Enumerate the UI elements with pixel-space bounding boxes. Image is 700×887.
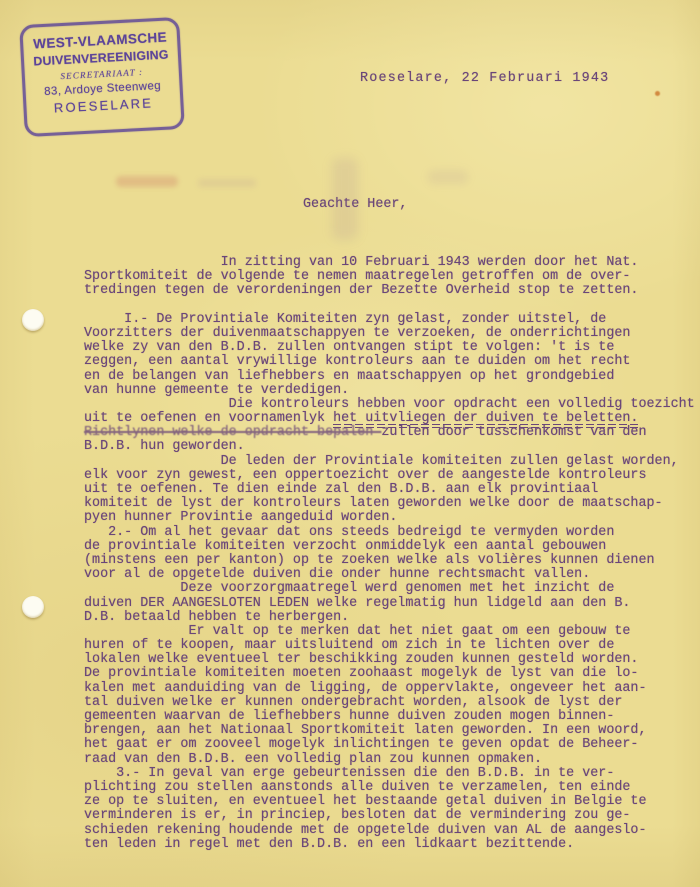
typed-text: brengen, aan het Nationaal Sportkomiteit…	[84, 723, 647, 738]
body-line: Deze voorzorgmaatregel werd genomen met …	[84, 582, 695, 596]
typed-text: duiven DER AANGESLOTEN LEDEN welke regel…	[84, 596, 630, 611]
body-line: raad van den B.D.B. een volledig plan zo…	[84, 753, 695, 767]
typed-text: In zitting van 10 Februari 1943 werden d…	[84, 255, 638, 270]
typed-text: en de belangen van liefhebbers en maatsc…	[84, 369, 614, 384]
body-line: van hunne gemeente te verdedigen.	[84, 384, 695, 398]
faint-ink-smudge	[198, 179, 256, 187]
body-line: tal duiven welke er kunnen ondergebracht…	[84, 696, 695, 710]
body-line: 3.- In geval van erge gebeurtenissen die…	[84, 767, 695, 781]
typed-text: lokalen welke eventueel ter beschikking …	[84, 652, 638, 667]
typed-text: verminderen is er, in princiep, besloten…	[84, 808, 630, 823]
body-line: Voorzitters der duivenmaatschappyen te v…	[84, 327, 695, 341]
typed-text: elk voor zyn gewest, een oppertoezicht o…	[84, 468, 647, 483]
body-line: Die kontroleurs hebben voor opdracht een…	[84, 398, 695, 412]
sender-rubber-stamp: WEST-VLAAMSCHE DUIVENVEREENIGING SECRETA…	[19, 17, 185, 137]
body-line: (minstens een per kanton) op te zoeken w…	[84, 554, 695, 568]
punch-hole-top	[22, 309, 44, 331]
body-line: pyen hunner Provintie aangeduid worden.	[84, 511, 695, 525]
typed-text: plichting zou stellen aanstonds alle dui…	[84, 780, 630, 795]
typed-text: 2.- Om al het gevaar dat ons steeds bedr…	[84, 525, 614, 540]
ink-bleedthrough-mark	[332, 158, 358, 240]
typed-text: uit te oefenen. Te dien einde zal den B.…	[84, 482, 598, 497]
letter-page: WEST-VLAAMSCHE DUIVENVEREENIGING SECRETA…	[0, 0, 700, 887]
typed-text: ze op te sluiten, en eventueel het besta…	[84, 794, 647, 809]
typed-text: De provintiale komiteiten moeten zoohaas…	[84, 666, 638, 681]
paper-speck	[655, 91, 660, 96]
typed-text: Voorzitters der duivenmaatschappyen te v…	[84, 326, 630, 341]
body-line: kalen met aanduiding van de ligging, de …	[84, 682, 695, 696]
typed-text: Deze voorzorgmaatregel werd genomen met …	[84, 581, 614, 596]
typed-text: voor al de opgetelde duiven die onder hu…	[84, 567, 590, 582]
struck-through-text: Richtlynen welke de opdracht bepalen	[84, 425, 381, 440]
typed-text: schieden rekening houdende met de opgete…	[84, 823, 647, 838]
typed-text: komiteit de lyst der kontroleurs laten g…	[84, 496, 663, 511]
typed-text: de provintiale komiteiten verzocht onmid…	[84, 539, 606, 554]
typed-text: (minstens een per kanton) op te zoeken w…	[84, 553, 655, 568]
typed-text: D.B. betaald hebben te herbergen.	[84, 610, 349, 625]
typed-text: Er valt op te merken dat het niet gaat o…	[84, 624, 630, 639]
typed-text: ten leden in regel met den B.D.B. en een…	[84, 837, 574, 852]
typed-text: van hunne gemeente te verdedigen.	[84, 383, 349, 398]
body-line: elk voor zyn gewest, een oppertoezicht o…	[84, 469, 695, 483]
body-line: schieden rekening houdende met de opgete…	[84, 824, 695, 838]
body-line: I.- De Provintiale Komiteiten zyn gelast…	[84, 313, 695, 327]
body-line: tredingen tegen de verordeningen der Bez…	[84, 284, 695, 298]
typed-text: 3.- In geval van erge gebeurtenissen die…	[84, 766, 614, 781]
body-line: en de belangen van liefhebbers en maatsc…	[84, 370, 695, 384]
body-line: De provintiale komiteiten moeten zoohaas…	[84, 667, 695, 681]
letter-body: In zitting van 10 Februari 1943 werden d…	[84, 256, 695, 852]
typed-text: tal duiven welke er kunnen ondergebracht…	[84, 695, 622, 710]
body-line: het gaat er om zooveel mogelyk inlichtin…	[84, 738, 695, 752]
body-line: ten leden in regel met den B.D.B. en een…	[84, 838, 695, 852]
typed-text: I.- De Provintiale Komiteiten zyn gelast…	[84, 312, 606, 327]
date-line: Roeselare, 22 Februari 1943	[360, 71, 609, 86]
body-line: B.D.B. hun geworden.	[84, 440, 695, 454]
body-line: zeggen, een aantal vrywillige kontroleur…	[84, 355, 695, 369]
typed-text: De leden der Provintiale komiteiten zull…	[84, 454, 679, 469]
red-ink-smudge	[116, 176, 178, 187]
typed-text: tredingen tegen de verordeningen der Bez…	[84, 283, 638, 298]
typed-text: het gaat er om zooveel mogelyk inlichtin…	[84, 737, 638, 752]
typed-text: pyen hunner Provintie aangeduid worden.	[84, 510, 397, 525]
body-line: de provintiale komiteiten verzocht onmid…	[84, 540, 695, 554]
body-line: Er valt op te merken dat het niet gaat o…	[84, 625, 695, 639]
punch-hole-bottom	[22, 596, 44, 618]
ink-bleedthrough-mark	[428, 170, 468, 184]
typed-text: Sportkomiteit de volgende te nemen maatr…	[84, 269, 630, 284]
typed-text: uit te oefenen en voornamenlyk	[84, 411, 333, 426]
body-line	[84, 299, 695, 313]
body-line: Richtlynen welke de opdracht bepalen zul…	[84, 426, 695, 440]
typed-text: B.D.B. hun geworden.	[84, 439, 245, 454]
body-line: 2.- Om al het gevaar dat ons steeds bedr…	[84, 526, 695, 540]
typed-text: welke zy van den B.D.B. zullen ontvangen…	[84, 340, 614, 355]
typed-text: huren of te koopen, maar uitsluitend om …	[84, 638, 614, 653]
body-line: verminderen is er, in princiep, besloten…	[84, 809, 695, 823]
typed-text: kalen met aanduiding van de ligging, de …	[84, 681, 647, 696]
body-line: D.B. betaald hebben te herbergen.	[84, 611, 695, 625]
typed-text: Die kontroleurs hebben voor opdracht een…	[84, 397, 695, 412]
typed-text: zullen door tusschenkomst van den	[381, 425, 646, 440]
body-line: De leden der Provintiale komiteiten zull…	[84, 455, 695, 469]
body-line: plichting zou stellen aanstonds alle dui…	[84, 781, 695, 795]
typed-text: gemeenten waarvan de liefhebbers hunne d…	[84, 709, 614, 724]
typed-text: raad van den B.D.B. een volledig plan zo…	[84, 752, 542, 767]
typed-text: zeggen, een aantal vrywillige kontroleur…	[84, 354, 630, 369]
body-line: duiven DER AANGESLOTEN LEDEN welke regel…	[84, 597, 695, 611]
